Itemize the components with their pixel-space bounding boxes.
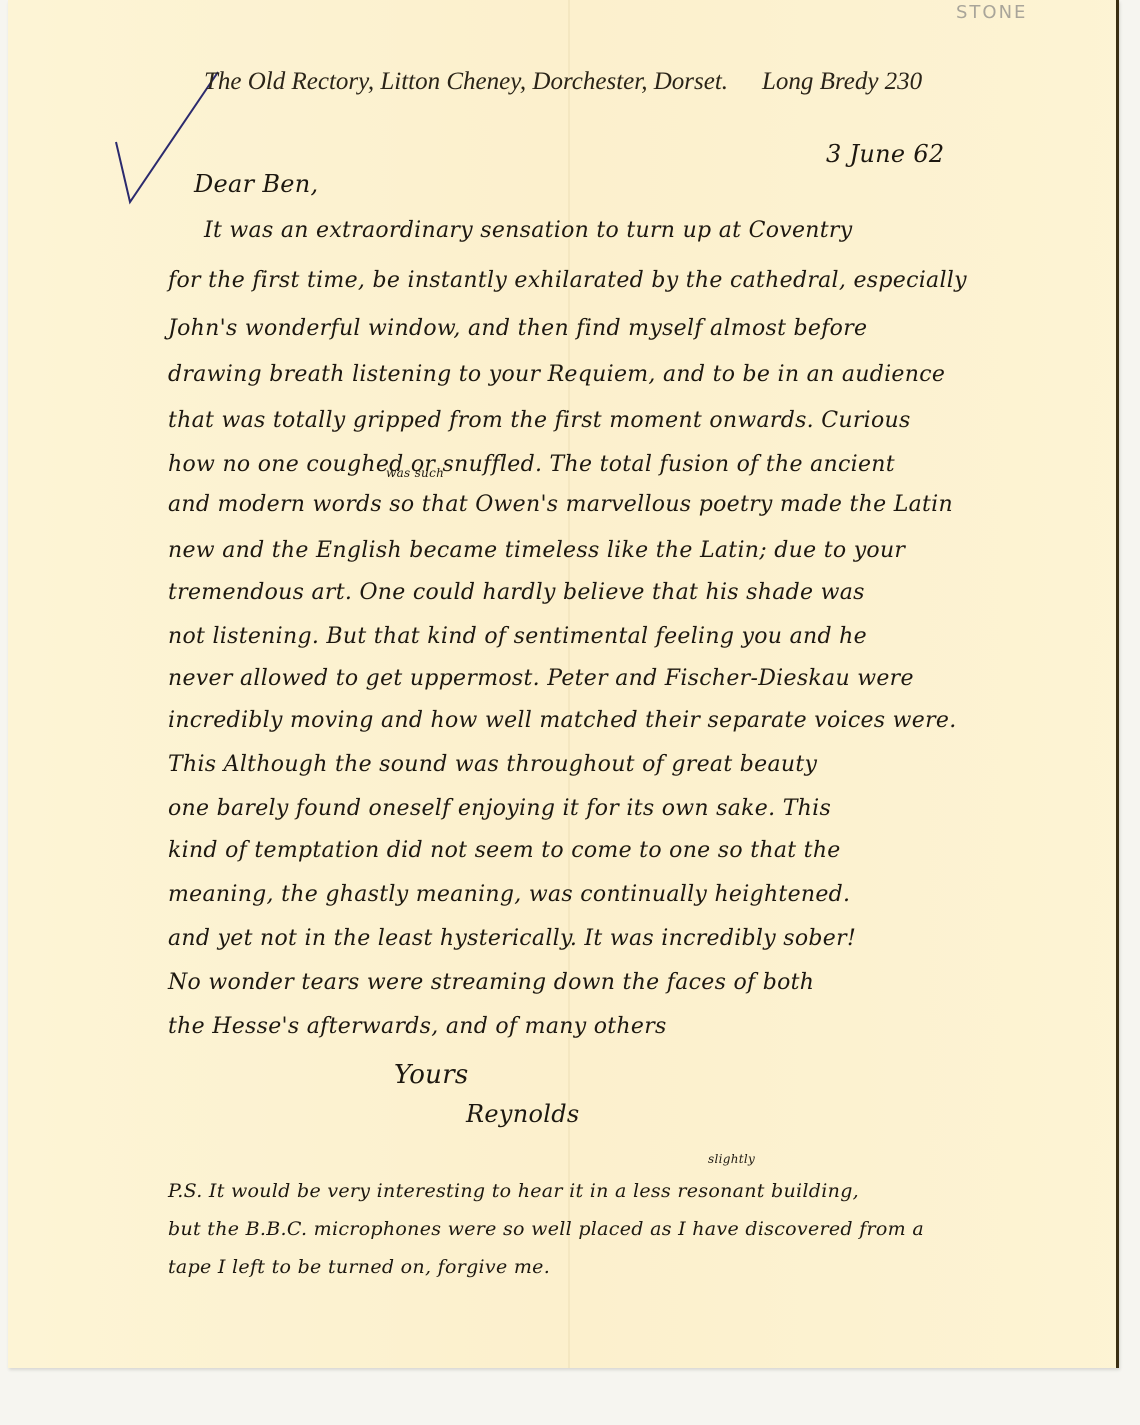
ps-line: P.S. It would be very interesting to hea… xyxy=(168,1180,859,1202)
ps-line: but the B.B.C. microphones were so well … xyxy=(168,1218,924,1240)
body-line: and yet not in the least hysterically. I… xyxy=(168,926,856,951)
archive-mark: STONE xyxy=(956,2,1027,23)
body-line: It was an extraordinary sensation to tur… xyxy=(204,218,852,243)
body-line: incredibly moving and how well matched t… xyxy=(168,708,957,733)
signature: Reynolds xyxy=(466,1100,580,1128)
inserted-text: was such xyxy=(386,466,444,480)
letterhead-address: The Old Rectory, Litton Cheney, Dorchest… xyxy=(204,68,728,95)
body-line: new and the English became timeless like… xyxy=(168,538,905,563)
body-line: the Hesse's afterwards, and of many othe… xyxy=(168,1014,667,1039)
closing: Yours xyxy=(394,1060,469,1090)
body-line: tremendous art. One could hardly believe… xyxy=(168,580,865,605)
body-line: for the first time, be instantly exhilar… xyxy=(168,268,967,293)
body-line: This Although the sound was throughout o… xyxy=(168,752,817,777)
body-line: John's wonderful window, and then find m… xyxy=(168,316,867,341)
body-line: drawing breath listening to your Requiem… xyxy=(168,362,945,387)
letter-date: 3 June 62 xyxy=(826,140,945,168)
body-line: meaning, the ghastly meaning, was contin… xyxy=(168,882,850,907)
body-line: No wonder tears were streaming down the … xyxy=(168,970,814,995)
body-line: not listening. But that kind of sentimen… xyxy=(168,624,867,649)
body-line: kind of temptation did not seem to come … xyxy=(168,838,841,863)
body-line: how no one coughed or snuffled. The tota… xyxy=(168,452,895,477)
letterhead-phone: Long Bredy 230 xyxy=(762,68,922,95)
ps-line: tape I left to be turned on, forgive me. xyxy=(168,1256,550,1278)
body-line: and modern words so that Owen's marvello… xyxy=(168,492,953,517)
letterhead: The Old Rectory, Litton Cheney, Dorchest… xyxy=(204,68,922,96)
body-line: one barely found oneself enjoying it for… xyxy=(168,796,831,821)
salutation: Dear Ben, xyxy=(194,170,318,198)
ps-inserted-text: slightly xyxy=(708,1152,755,1166)
letter-page: STONE The Old Rectory, Litton Cheney, Do… xyxy=(8,0,1119,1368)
body-line: never allowed to get uppermost. Peter an… xyxy=(168,666,914,691)
body-line: that was totally gripped from the first … xyxy=(168,408,911,433)
